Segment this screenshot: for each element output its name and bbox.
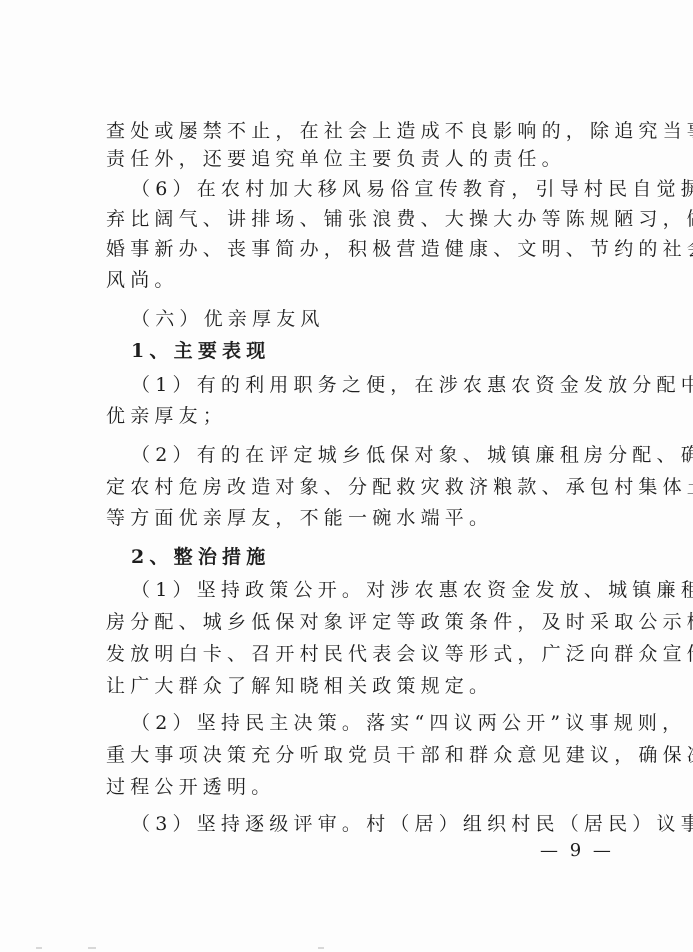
text-line: （2）有的在评定城乡低保对象、城镇廉租房分配、确 — [131, 440, 603, 470]
text-line: 发放明白卡、召开村民代表会议等形式，广泛向群众宣传， — [106, 639, 603, 669]
heading-remedial-measures: 2、整治措施 — [131, 542, 270, 572]
text-line: 过程公开透明。 — [106, 772, 275, 802]
text-line: 优亲厚友； — [106, 401, 227, 431]
text-line: （1）有的利用职务之便，在涉农惠农资金发放分配中 — [131, 370, 603, 400]
text-line: 等方面优亲厚友，不能一碗水端平。 — [106, 503, 493, 533]
text-line: 重大事项决策充分听取党员干部和群众意见建议，确保决策 — [106, 740, 603, 770]
text-line: （1）坚持政策公开。对涉农惠农资金发放、城镇廉租 — [131, 575, 603, 605]
text-line: 让广大群众了解知晓相关政策规定。 — [106, 671, 493, 701]
text-line: 房分配、城乡低保对象评定等政策条件，及时采取公示栏、 — [106, 607, 603, 637]
section-title: （六）优亲厚友风 — [131, 304, 325, 334]
text-line: （2）坚持民主决策。落实“四议两公开”议事规则， — [131, 708, 603, 738]
text-line: 弃比阔气、讲排场、铺张浪费、大操大办等陈规陋习，做到 — [106, 204, 603, 234]
scan-artifact — [36, 947, 42, 949]
page-number: — 9 — — [540, 838, 614, 864]
text-line: 责任外，还要追究单位主要负责人的责任。 — [106, 144, 566, 174]
text-line: 定农村危房改造对象、分配救灾救济粮款、承包村集体土地 — [106, 472, 603, 502]
scan-artifact — [318, 947, 324, 949]
heading-main-manifestations: 1、主要表现 — [131, 336, 270, 366]
text-line: （6）在农村加大移风易俗宣传教育，引导村民自觉摒 — [131, 174, 603, 204]
scan-artifact — [88, 947, 96, 949]
text-line: 婚事新办、丧事简办，积极营造健康、文明、节约的社会新 — [106, 234, 603, 264]
text-line: 风尚。 — [106, 265, 179, 295]
text-line: 查处或屡禁不止，在社会上造成不良影响的，除追究当事人 — [106, 116, 603, 146]
text-line: （3）坚持逐级评审。村（居）组织村民（居民）议事 — [131, 809, 603, 839]
document-page: 查处或屡禁不止，在社会上造成不良影响的，除追究当事人 责任外，还要追究单位主要负… — [0, 0, 693, 952]
